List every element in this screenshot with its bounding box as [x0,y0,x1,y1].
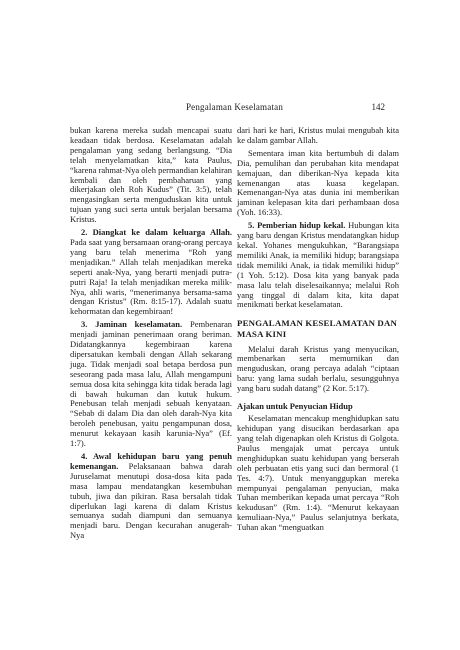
subheading: Ajakan untuk Penyucian Hidup [237,401,399,411]
right-column: dari hari ke hari, Kristus mulai menguba… [237,126,399,541]
paragraph-continuation: bukan karena mereka sudah mencapai suatu… [70,126,232,225]
paragraph: 3. Jaminan keselamatan. Pembenaran menja… [70,320,232,449]
book-page: Pengalaman Keselamatan 142 bukan karena … [0,0,460,650]
section-heading: PENGALAMAN KESELAMATAN DAN MASA KINI [237,318,399,339]
left-column: bukan karena mereka sudah mencapai suatu… [70,126,232,541]
paragraph: 4. Awal kehidupan baru yang penuh kemena… [70,452,232,541]
paragraph-continuation: dari hari ke hari, Kristus mulai menguba… [237,126,399,146]
text-columns: bukan karena mereka sudah mencapai suatu… [70,126,399,541]
paragraph: Sementara iman kita bertumbuh di dalam D… [237,149,399,218]
paragraph: Keselamatan mencakup menghidupkan satu k… [237,414,399,533]
running-header: Pengalaman Keselamatan 142 [70,102,399,116]
page-number: 142 [372,102,386,113]
paragraph-lead: 2. Diangkat ke dalam keluarga Allah. [81,227,232,237]
running-title: Pengalaman Keselamatan [70,102,399,113]
paragraph-lead: 4. Awal kehidupan baru yang penuh kemena… [70,451,232,471]
paragraph: 5. Pemberian hidup kekal. Hubungan kita … [237,221,399,310]
paragraph: Melalui darah Kristus yang menyucikan, m… [237,345,399,395]
paragraph-lead: 3. Jaminan keselamatan. [81,319,190,329]
paragraph: 2. Diangkat ke dalam keluarga Allah. Pad… [70,228,232,317]
paragraph-lead: 5. Pemberian hidup kekal. [248,220,348,230]
